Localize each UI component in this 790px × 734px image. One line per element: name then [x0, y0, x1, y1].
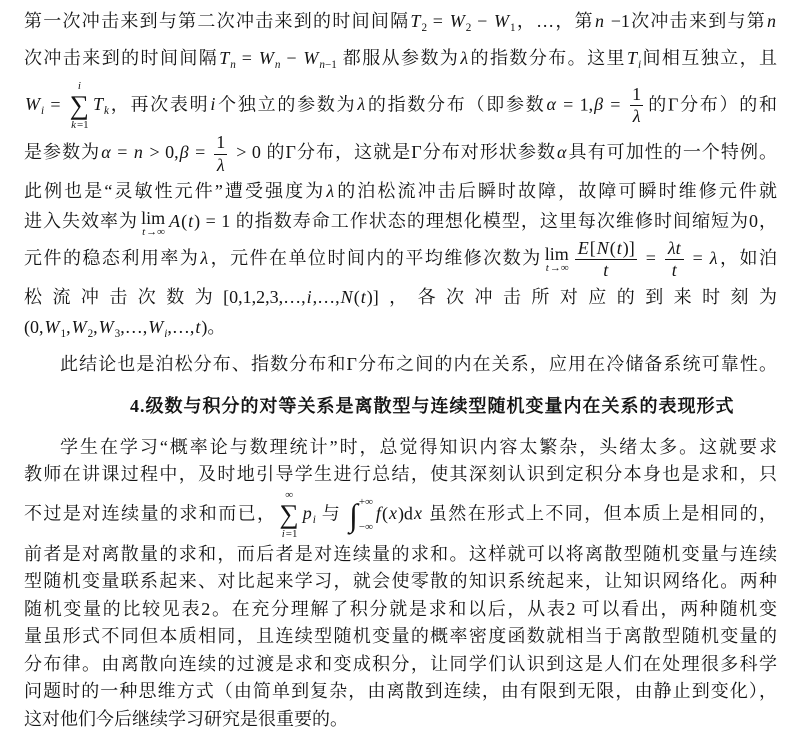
- text-run: > 0,: [144, 142, 179, 162]
- text-run: ，元件在单位时间内的平均维修次数为: [209, 248, 542, 268]
- text-run: →∞: [146, 226, 165, 238]
- fraction: λtt: [665, 238, 684, 282]
- para-students-line-1: 学生在学习“概率论与数理统计”时，总觉得知识内容太繁杂，头绪太多。这就要求: [24, 434, 777, 462]
- math-variable: λt: [667, 238, 682, 258]
- text-run: (0,: [24, 317, 44, 337]
- text-run: 不过是对连续量的求和而已，: [24, 503, 276, 523]
- math-variable: λ: [199, 248, 209, 268]
- math-variable: t: [616, 238, 623, 258]
- para-shock-line-8: 松流冲击次数为[0,1,2,3,…,i,…,N(t)]，各次冲击所对应的到来时刻…: [24, 282, 777, 312]
- lim-subscript: t→∞: [545, 263, 569, 274]
- fraction: 1λ: [630, 84, 644, 128]
- text-run: ,: [66, 317, 71, 337]
- math-variable: p: [302, 503, 313, 523]
- sigma-icon: ∑: [279, 501, 298, 528]
- math-variable: λ: [216, 155, 226, 175]
- math-variable: W: [258, 48, 275, 68]
- text-run: ，…，第: [516, 11, 594, 31]
- math-variable: N: [340, 287, 354, 307]
- limit-operator: limt→∞: [141, 209, 165, 238]
- text-run: =: [44, 94, 67, 114]
- text-run: 进入失效率为: [24, 211, 138, 231]
- math-variable: W: [493, 11, 510, 31]
- sum-lower-limit: i=1: [281, 528, 298, 541]
- math-variable: W: [449, 11, 466, 31]
- math-variable: x: [388, 503, 398, 523]
- para-students-line-7: 量虽形式不同但本质相同，且连续型随机变量的概率密度函数就相当于离散型随机变量的: [24, 623, 777, 651]
- text-run: 个独立的参数为: [216, 94, 356, 114]
- text-run: )]: [367, 287, 379, 307]
- math-variable: W: [71, 317, 88, 337]
- text-run: 的Γ分布）的和: [646, 94, 777, 114]
- math-variable: λ: [459, 48, 469, 68]
- para-shock-line-9: (0,W1,W2,W3,…,Wi,…,t)。: [24, 312, 777, 349]
- math-variable: λ: [356, 94, 366, 114]
- integral: ∫+∞−∞: [349, 497, 373, 533]
- text-run: ,…,: [120, 317, 147, 337]
- math-variable: W: [98, 317, 115, 337]
- denominator: t: [669, 260, 680, 282]
- math-variable: W: [44, 317, 61, 337]
- text-run: ,…,: [313, 287, 340, 307]
- text-run: ，各次冲击所对应的到来时刻为: [379, 287, 777, 307]
- text-run: =: [427, 11, 449, 31]
- math-variable: t: [602, 260, 609, 280]
- limit-operator: limt→∞: [545, 245, 569, 274]
- para-students-line-3: 不过是对连续量的求和而已，∞∑i=1pi 与 ∫+∞−∞f(x)dx 虽然在形式…: [24, 489, 777, 541]
- text-run: =: [190, 142, 211, 162]
- para-students-line-6: 随机变量的比较见表2。在充分理解了积分就是求和以后，从表2 可以看出，两种随机变: [24, 596, 777, 624]
- text-run: =1: [286, 528, 298, 540]
- lim-word: lim: [141, 209, 165, 227]
- text-run: =: [236, 48, 258, 68]
- text-run: ，再次表明: [109, 94, 209, 114]
- math-variable: T: [92, 94, 104, 114]
- numerator: λt: [665, 238, 684, 261]
- math-variable: W: [147, 317, 164, 337]
- numerator: 1: [630, 84, 643, 107]
- sigma-icon: ∑: [70, 92, 89, 119]
- math-variable: k: [70, 119, 77, 131]
- text-run: [: [590, 238, 596, 258]
- math-variable: t: [671, 260, 678, 280]
- text-run: −1次冲击来到与第: [605, 11, 766, 31]
- math-variable: f: [375, 503, 382, 523]
- para-shock-line-6: 进入失效率为limt→∞A(t) = 1 的指数寿命工作状态的理想化模型，这里每…: [24, 206, 777, 237]
- math-variable: β: [179, 142, 190, 162]
- text-run: 与: [316, 503, 347, 523]
- math-variable: t: [360, 287, 367, 307]
- text-run: )。: [201, 317, 225, 337]
- math-variable: λ: [325, 181, 335, 201]
- text-run: 此例也是“灵敏性元件”遭受强度为: [24, 181, 325, 201]
- text-run: 的泊松流冲击后瞬时故障，故障可瞬时维修元件就: [335, 181, 777, 201]
- text-run: 次冲击来到的时间间隔: [24, 48, 218, 68]
- para-students-line-4: 前者是对离散量的求和，而后者是对连续量的求和。这样就可以将离散型随机变量与连续: [24, 541, 777, 569]
- text-run: 是参数为: [24, 142, 100, 162]
- text-run: 第一次冲击来到与第二次冲击来到的时间间隔: [24, 11, 409, 31]
- integral-lower-limit: −∞: [359, 522, 373, 533]
- text-run: −: [280, 48, 302, 68]
- denominator: λ: [630, 106, 644, 128]
- text-run: ) = 1 的指数寿命工作状态的理想化模型，这里每次维修时间缩短为0，: [194, 211, 777, 231]
- math-variable: α: [545, 94, 556, 114]
- math-variable: α: [100, 142, 111, 162]
- para-students-line-5: 型随机变量联系起来、对比起来学习，就会使零散的知识系统起来，让知识网络化。两种: [24, 568, 777, 596]
- text-run: =1: [77, 119, 89, 131]
- para-conclusion: 此结论也是泊松分布、指数分布和Γ分布之间的内在关系，应用在冷储备系统可靠性。: [24, 349, 777, 379]
- para-shock-line-1: 第一次冲击来到与第二次冲击来到的时间间隔T2 = W2 − W1，…，第n −1…: [24, 6, 777, 43]
- text-run: ,: [93, 317, 98, 337]
- para-students-line-9: 问题时的一种思维方式（由简单到复杂，由离散到连续，由有限到无限，由静止到变化），: [24, 678, 777, 706]
- sum-operator: i∑k=1: [70, 80, 89, 132]
- section-heading: 4.级数与积分的对等关系是离散型与连续型随机变量内在关系的表现形式: [130, 391, 777, 421]
- text-run: ，如泊: [719, 248, 777, 268]
- text-run: 虽然在形式上不同，但本质上是相同的，: [423, 503, 777, 523]
- math-variable: λ: [709, 248, 719, 268]
- text-run: )d: [398, 503, 413, 523]
- math-variable: λ: [632, 106, 642, 126]
- text-run: 1: [216, 132, 225, 152]
- text-run: →∞: [550, 262, 569, 274]
- fraction: E[N(t)]t: [575, 238, 637, 282]
- para-shock-line-3: Wi = i∑k=1Tk，再次表明i个独立的参数为λ的指数分布（即参数α = 1…: [24, 80, 777, 132]
- text-run: 间相互独立，且: [641, 48, 777, 68]
- math-variable: E: [577, 238, 590, 258]
- text-run: > 0 的Γ分布，这就是Γ分布对形状参数: [231, 142, 556, 162]
- math-variable: T: [409, 11, 421, 31]
- math-variable: x: [413, 503, 423, 523]
- denominator: λ: [214, 155, 228, 177]
- math-variable: n: [133, 142, 144, 162]
- text-run: (: [354, 287, 360, 307]
- text-run: 的指数分布。这里: [469, 48, 626, 68]
- text-run: =: [112, 142, 133, 162]
- document-page: 第一次冲击来到与第二次冲击来到的时间间隔T2 = W2 − W1，…，第n −1…: [0, 0, 790, 733]
- integral-icon: ∫: [349, 499, 358, 531]
- subscript: n−1: [319, 59, 336, 71]
- math-variable: N: [596, 238, 610, 258]
- text-run: −1: [325, 59, 337, 71]
- para-students-line-2: 教师在讲课过程中，及时地引导学生进行总结，使其深刻认识到定积分本身也是求和，只: [24, 461, 777, 489]
- para-shock-line-7: 元件的稳态利用率为λ，元件在单位时间内的平均维修次数为limt→∞E[N(t)]…: [24, 238, 777, 282]
- text-run: 1: [632, 84, 641, 104]
- lim-word: lim: [545, 245, 569, 263]
- numerator: 1: [214, 132, 227, 155]
- math-variable: β: [593, 94, 604, 114]
- math-variable: T: [218, 48, 230, 68]
- text-run: 松流冲击次数为: [24, 287, 223, 307]
- math-variable: W: [302, 48, 319, 68]
- math-variable: A: [168, 211, 181, 231]
- text-run: ,…,: [167, 317, 194, 337]
- numerator: E[N(t)]: [575, 238, 637, 261]
- text-run: 的指数分布（即参数: [366, 94, 545, 114]
- text-run: =: [604, 94, 627, 114]
- math-variable: W: [24, 94, 41, 114]
- para-students-line-10: 这对他们今后继续学习研究是很重要的。: [24, 706, 777, 734]
- text-run: −: [471, 11, 493, 31]
- text-run: =: [687, 248, 709, 268]
- math-variable: α: [556, 142, 567, 162]
- lim-subscript: t→∞: [141, 227, 165, 238]
- sum-lower-limit: k=1: [70, 119, 89, 132]
- text-run: 都服从参数为: [337, 48, 459, 68]
- text-run: = 1,: [557, 94, 593, 114]
- integral-upper-limit: +∞: [359, 497, 373, 508]
- denominator: t: [600, 260, 611, 282]
- math-variable: n: [766, 11, 777, 31]
- text-run: [0,1,2,3,…,: [223, 287, 306, 307]
- fraction: 1λ: [214, 132, 228, 176]
- para-shock-line-4: 是参数为α = n > 0,β = 1λ > 0 的Γ分布，这就是Γ分布对形状参…: [24, 132, 777, 176]
- text-run: 元件的稳态利用率为: [24, 248, 199, 268]
- sum-operator: ∞∑i=1: [279, 489, 298, 541]
- para-shock-line-2: 次冲击来到的时间间隔Tn = Wn − Wn−1 都服从参数为λ的指数分布。这里…: [24, 43, 777, 80]
- text-run: 具有可加性的一个特例。: [568, 142, 778, 162]
- math-variable: i: [306, 287, 313, 307]
- text-run: =: [640, 248, 662, 268]
- text-run: )]: [623, 238, 635, 258]
- math-variable: T: [626, 48, 638, 68]
- integral-limits: +∞−∞: [359, 497, 373, 533]
- para-students-line-8: 分布律。由离散向连续的过渡是求和变成积分，让同学们认识到这是人们在处理很多科学: [24, 651, 777, 679]
- text-run: (: [610, 238, 616, 258]
- math-variable: n: [594, 11, 605, 31]
- para-shock-line-5: 此例也是“灵敏性元件”遭受强度为λ的泊松流冲击后瞬时故障，故障可瞬时维修元件就: [24, 176, 777, 206]
